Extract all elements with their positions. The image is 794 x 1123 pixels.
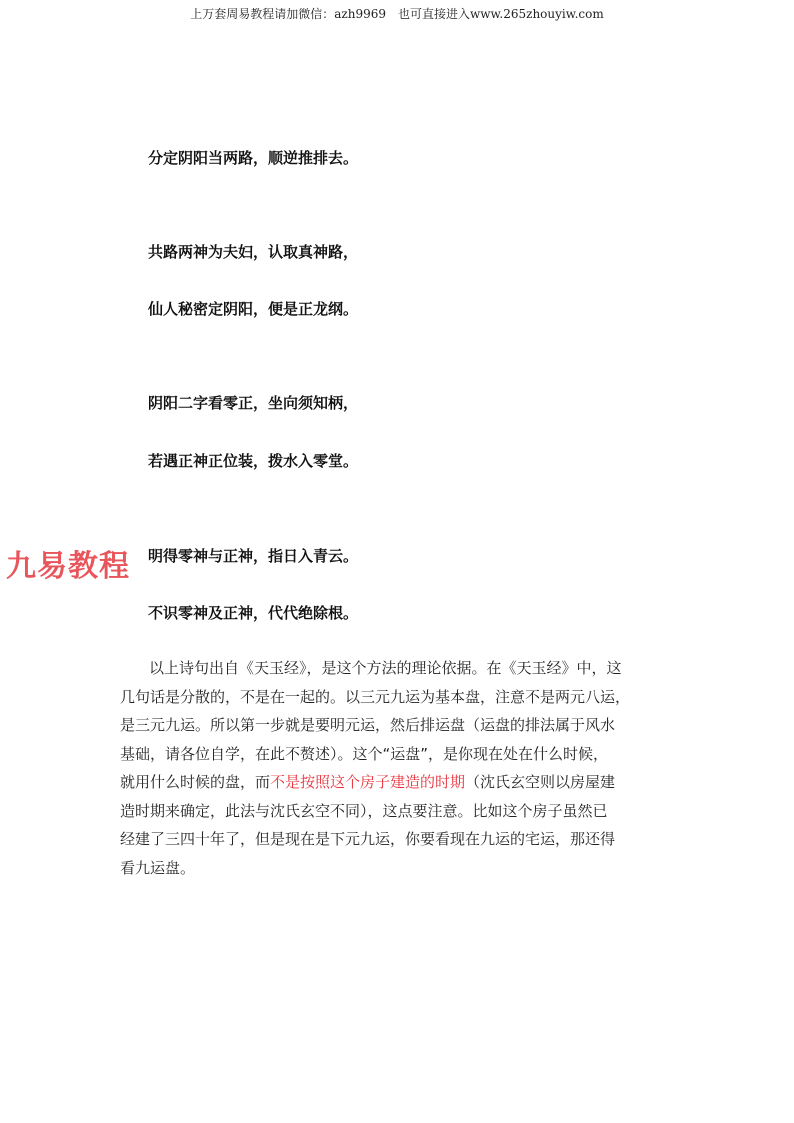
paragraph-line: 造时期来确定，此法与沈氏玄空不同），这点要注意。比如这个房子虽然已 [120,797,680,826]
paragraph-line: 基础，请各位自学，在此不赘述）。这个“运盘”，是你现在处在什么时候， [120,740,680,769]
highlighted-text: 不是按照这个房子建造的时期 [270,773,465,791]
verse-line: 仙人秘密定阴阳，便是正龙纲。 [148,298,358,319]
paragraph-text: （沈氏玄空则以房屋建 [465,773,615,791]
verse-line: 若遇正神正位装，拨水入零堂。 [148,450,358,471]
watermark-logo: 九易教程 [6,541,130,585]
verse-line: 明得零神与正神，指日入青云。 [148,545,358,566]
paragraph-line: 几句话是分散的，不是在一起的。以三元九运为基本盘，注意不是两元八运， [120,683,680,712]
verse-line: 不识零神及正神，代代绝除根。 [148,602,358,623]
verse-line: 共路两神为夫妇，认取真神路， [148,241,358,262]
paragraph-line: 就用什么时候的盘，而不是按照这个房子建造的时期（沈氏玄空则以房屋建 [120,768,680,797]
header-banner: 上万套周易教程请加微信：azh9969 也可直接进入www.265zhouyiw… [0,5,794,22]
paragraph-line: 是三元九运。所以第一步就是要明元运，然后排运盘（运盘的排法属于风水 [120,711,680,740]
body-paragraph: 以上诗句出自《天玉经》，是这个方法的理论依据。在《天玉经》中，这 几句话是分散的… [120,654,680,882]
paragraph-line: 看九运盘。 [120,854,680,883]
paragraph-line: 经建了三四十年了，但是现在是下元九运，你要看现在九运的宅运，那还得 [120,825,680,854]
paragraph-line: 以上诗句出自《天玉经》，是这个方法的理论依据。在《天玉经》中，这 [120,654,680,683]
paragraph-text: 就用什么时候的盘，而 [120,773,270,791]
verse-line: 阴阳二字看零正，坐向须知柄， [148,392,358,413]
verse-line: 分定阴阳当两路，顺逆推排去。 [148,147,358,168]
